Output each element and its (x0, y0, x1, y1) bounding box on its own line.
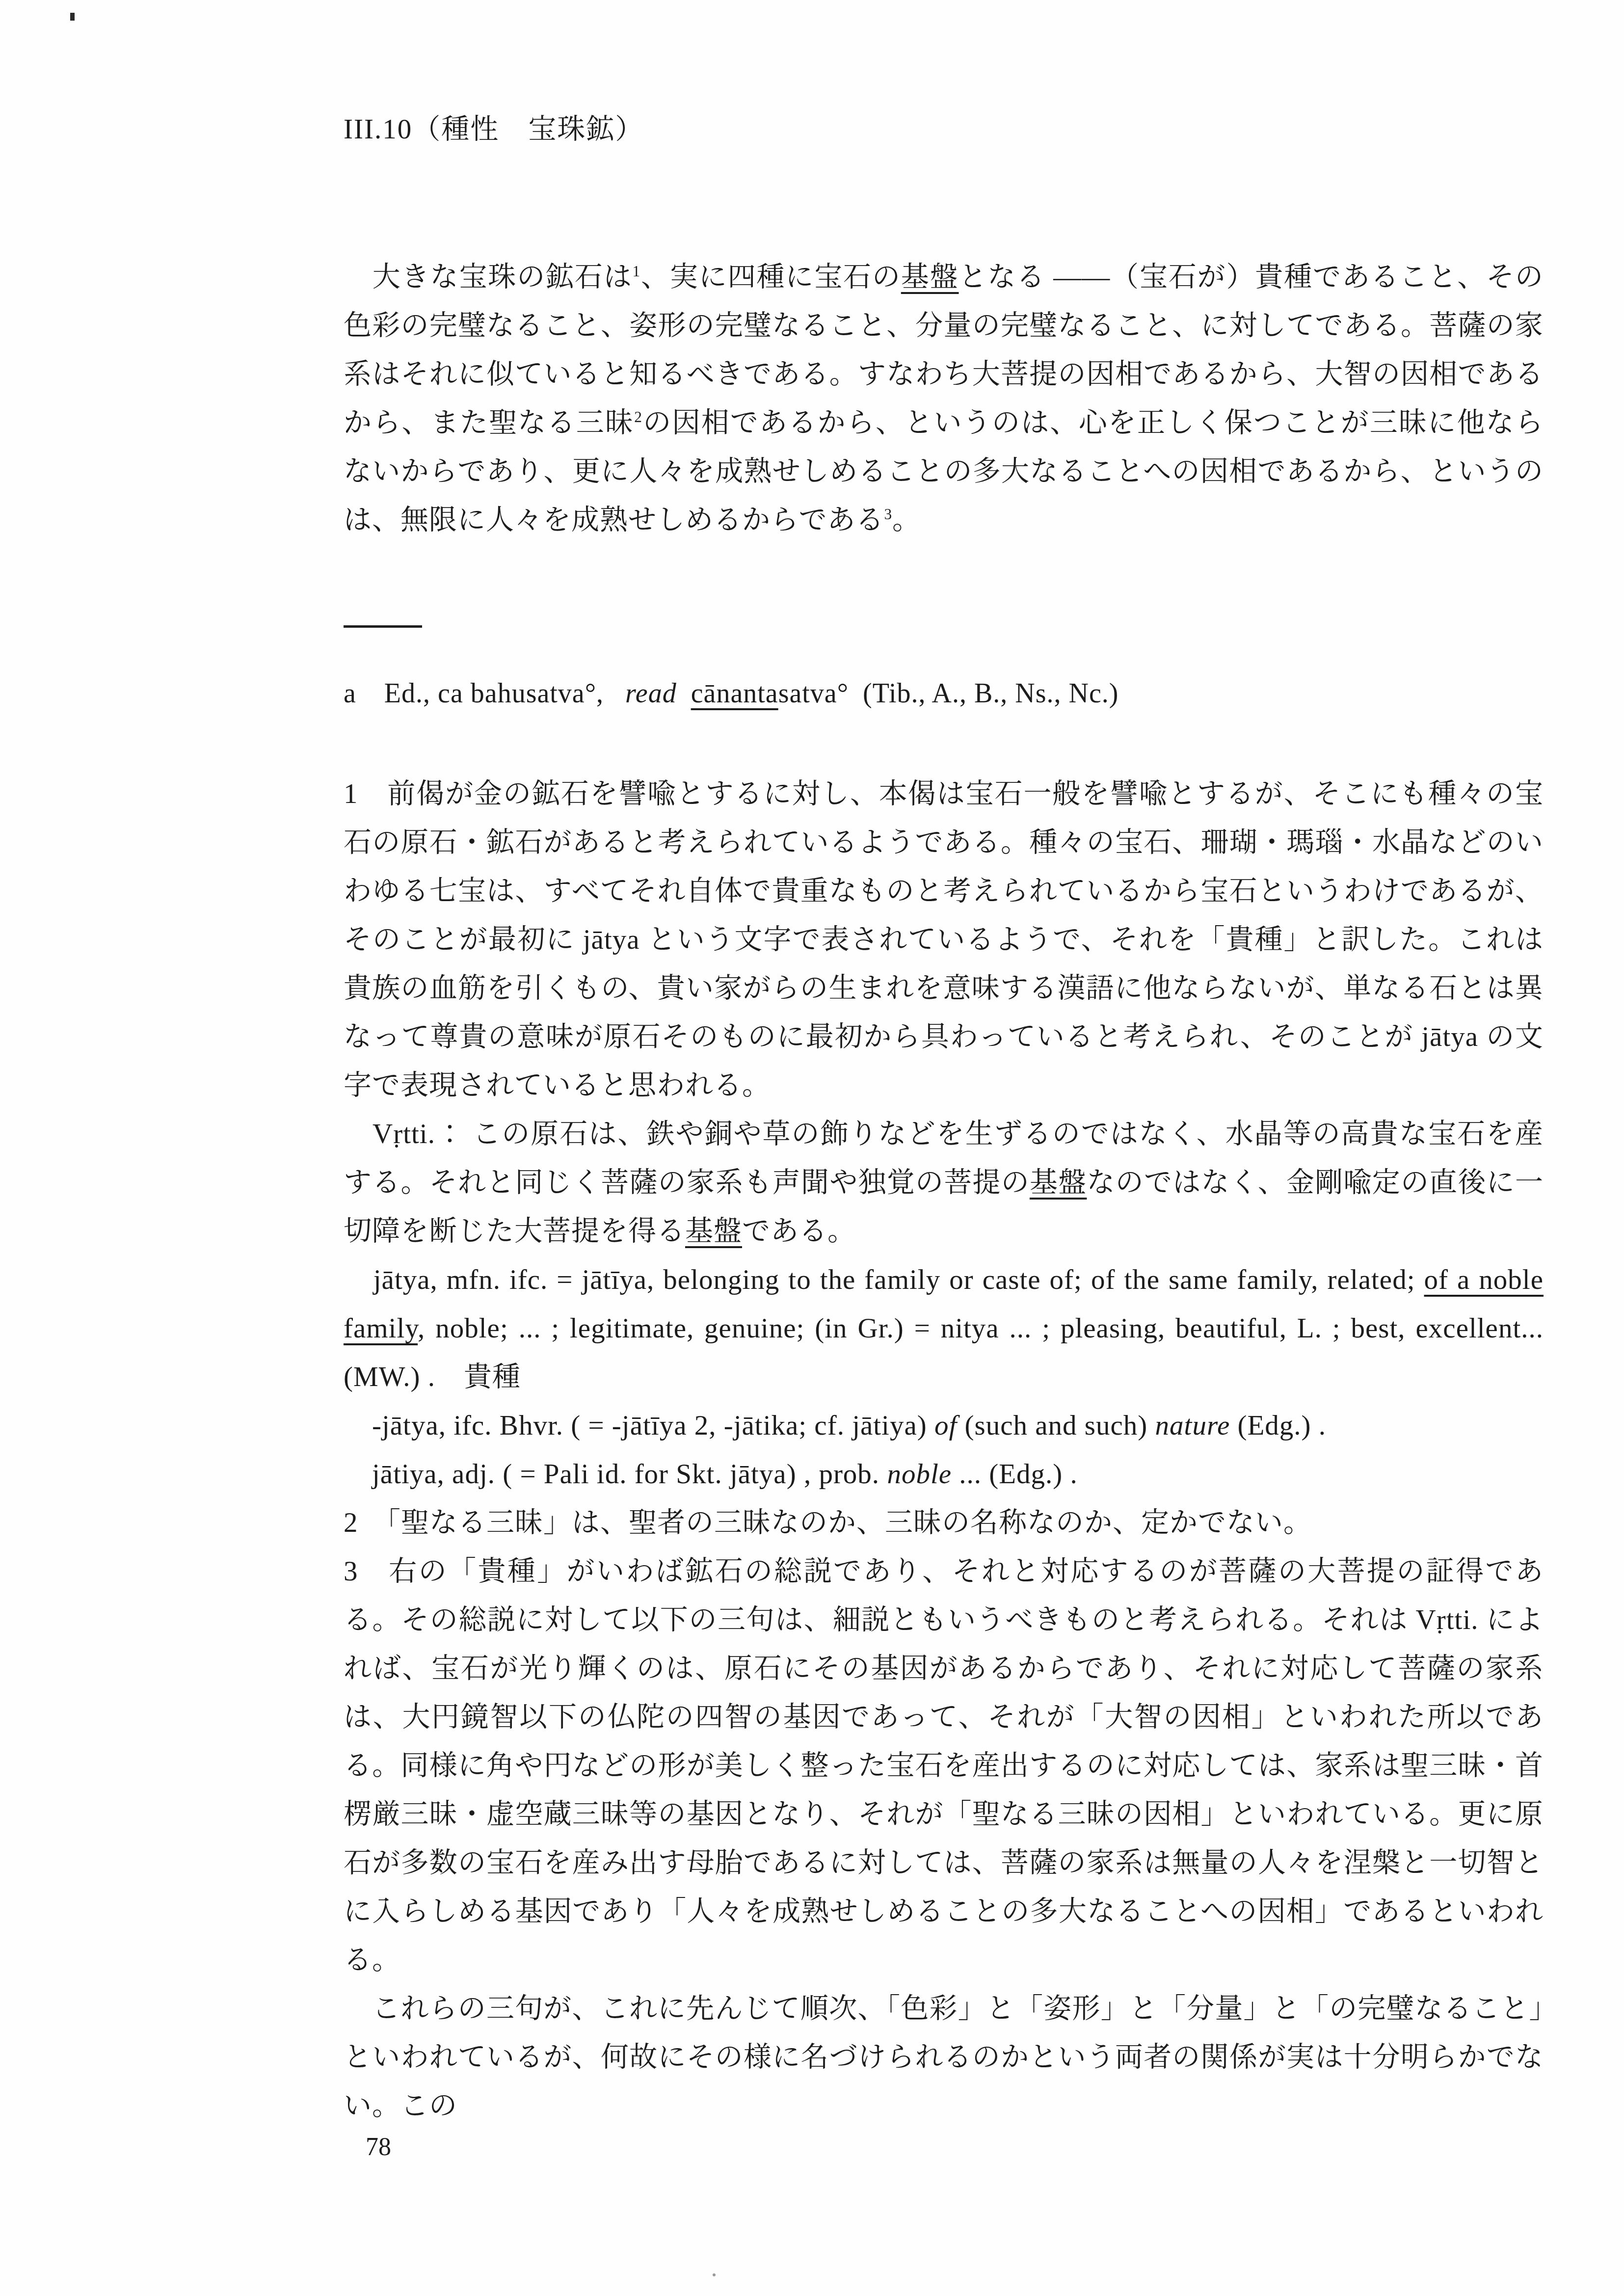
dictionary-entry-jatiya: jātiya, adj. ( = Pali id. for Skt. jātya… (344, 1450, 1544, 1498)
text-column: III.10（種性 宝珠鉱） 大きな宝珠の鉱石は1、実に四種に宝石の基盤となる … (344, 0, 1544, 2130)
page-number: 78 (366, 2133, 391, 2162)
apparatus-divider-rule (344, 625, 422, 628)
footnote-3: 3 右の「貴種」がいわば鉱石の総説であり、それと対応するのが菩薩の大菩提の証得で… (344, 1547, 1544, 1984)
footnote-1: 1 前偈が金の鉱石を譬喩とするに対し、本偈は宝石一般を譬喩とするが、そこにも種々… (344, 770, 1544, 1110)
footnote-2: 2 「聖なる三昧」は、聖者の三昧なのか、三昧の名称なのか、定かでない。 (344, 1498, 1544, 1547)
verse-translation-paragraph: 大きな宝珠の鉱石は1、実に四種に宝石の基盤となる ——（宝石が）貴種であること、… (344, 253, 1544, 544)
scanned-document-page: III.10（種性 宝珠鉱） 大きな宝珠の鉱石は1、実に四種に宝石の基盤となる … (0, 0, 1624, 2296)
ink-speck-top-left (70, 13, 75, 21)
dictionary-entry-jatya-ifc: -jātya, ifc. Bhvr. ( = -jātīya 2, -jātik… (344, 1401, 1544, 1450)
footnote-3-closing-paragraph: これらの三句が、これに先んじて順次、「色彩」と「姿形」と「分量」と「の完璧なるこ… (344, 1984, 1544, 2130)
critical-apparatus-note: a Ed., ca bahusatva°, read cānantasatva°… (344, 669, 1544, 718)
dictionary-entry-jatya: jātya, mfn. ifc. = jātīya, belonging to … (344, 1255, 1544, 1401)
section-heading: III.10（種性 宝珠鉱） (344, 0, 1544, 147)
ink-speck-bottom-center (713, 2273, 716, 2276)
footnotes-block: 1 前偈が金の鉱石を譬喩とするに対し、本偈は宝石一般を譬喩とするが、そこにも種々… (344, 770, 1544, 2130)
footnote-1-vrtti-paragraph: Vṛtti.： この原石は、鉄や銅や草の飾りなどを生ずるのではなく、水晶等の高貴… (344, 1110, 1544, 1255)
